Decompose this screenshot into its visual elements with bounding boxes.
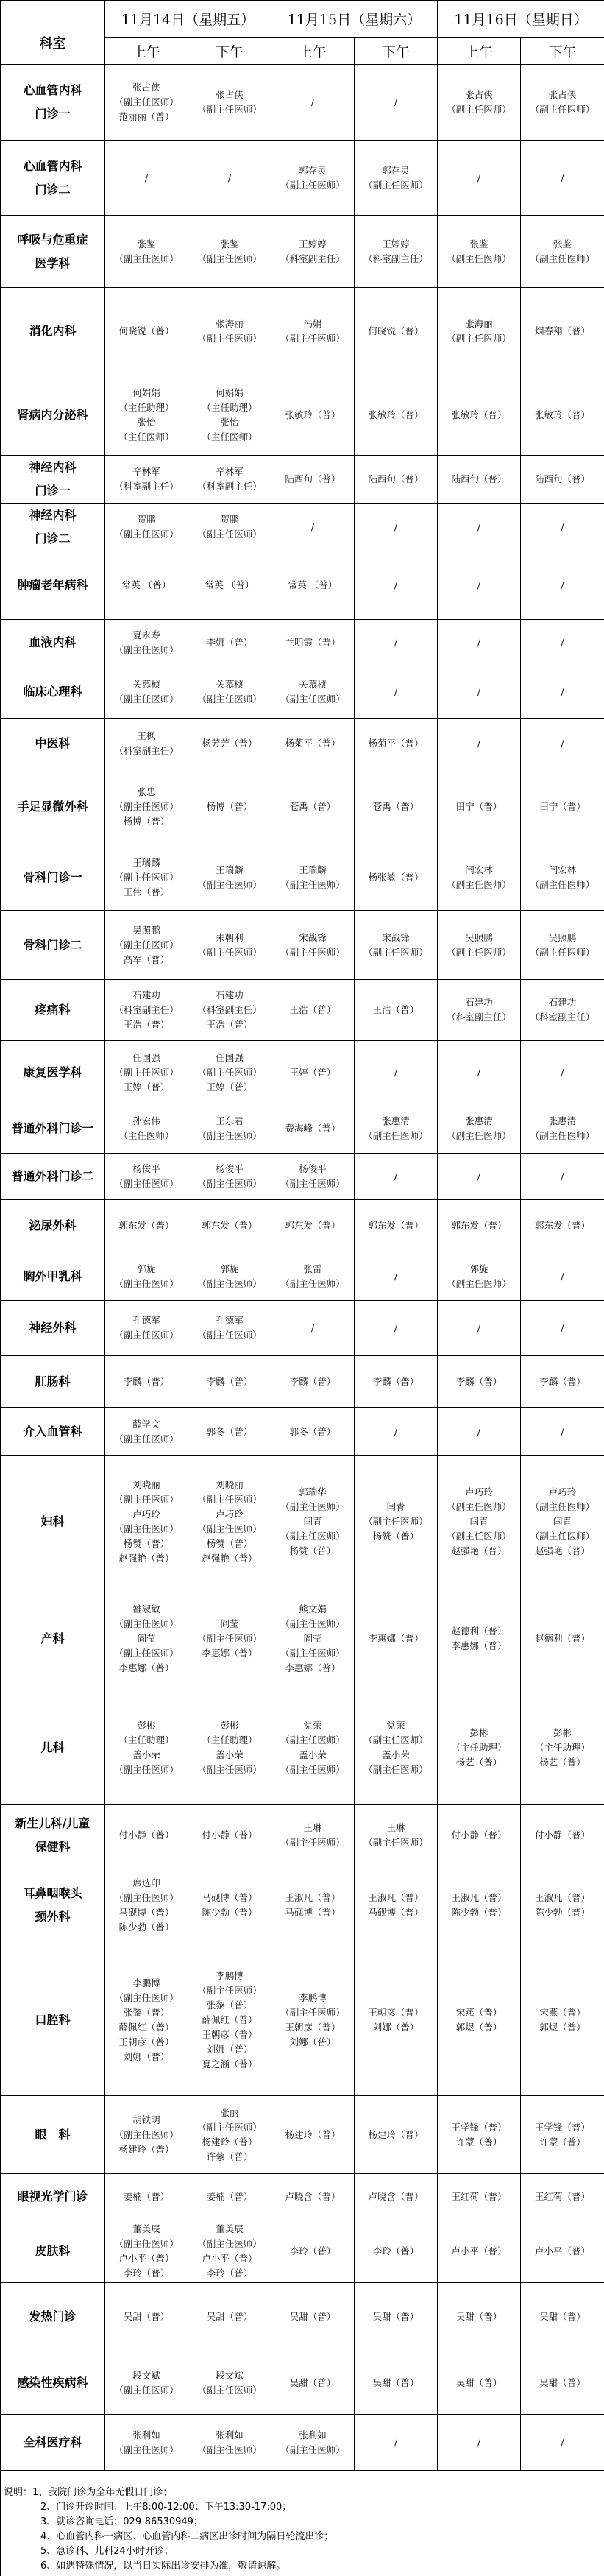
schedule-cell: 杨俊平（副主任医师） — [188, 1154, 271, 1200]
doctor-entry: （副主任医师） — [105, 1176, 188, 1191]
schedule-cell: 刘晓丽（副主任医师）卢巧玲（副主任医师）杨赞（普）赵强艳（普） — [105, 1456, 188, 1587]
doctor-entry: （副主任医师） — [271, 878, 354, 892]
doctor-entry: 赵德利（普） — [521, 1631, 604, 1646]
doctor-entry: 郭东发（普） — [521, 1218, 604, 1233]
doctor-entry: 薛学文 — [105, 1417, 188, 1432]
doctor-entry: 常英 （普） — [188, 578, 271, 593]
schedule-cell: 闫青（副主任医师）杨赞（普） — [355, 1456, 438, 1587]
schedule-cell: 党荣（副主任医师）盖小荣（副主任医师） — [271, 1690, 355, 1805]
doctor-entry: 吴甜（普） — [438, 2376, 520, 2390]
doctor-entry: （副主任医师） — [105, 1277, 188, 1291]
schedule-cell: 宋燕（普）郭煜（普） — [521, 1944, 604, 2096]
schedule-cell: 李玲（普） — [355, 2220, 438, 2283]
schedule-cell: 薛学文（副主任医师） — [105, 1408, 188, 1456]
schedule-cell: 张敏玲（普） — [355, 375, 438, 456]
schedule-cell: / — [105, 141, 188, 216]
schedule-cell: / — [438, 620, 521, 666]
doctor-entry: 吴照鹏 — [521, 931, 604, 945]
doctor-entry: （科室副主任） — [271, 252, 354, 267]
department-name: 耳鼻咽喉头颈外科 — [1, 1866, 105, 1944]
doctor-entry: （副主任医师） — [105, 1891, 188, 1905]
schedule-cell: 杨博（普） — [188, 769, 271, 844]
table-row: 儿科彭彬（主任助理）盖小荣（副主任医师）彭彬（主任助理）盖小荣（副主任医师）党荣… — [1, 1690, 604, 1805]
schedule-cell: 陆西旬（普） — [521, 456, 604, 504]
doctor-entry: 陈少勃（普） — [521, 1905, 604, 1920]
doctor-entry: / — [438, 578, 520, 593]
doctor-entry: 关慕桢 — [105, 677, 188, 692]
doctor-entry: 任国强 — [188, 1051, 271, 1065]
doctor-entry: 张敏玲（普） — [271, 408, 354, 423]
table-row: 泌尿外科郭东发（普）郭东发（普）郭东发（普）郭东发（普）郭东发（普）郭东发（普） — [1, 1200, 604, 1252]
schedule-cell: 卢小平（普） — [521, 2220, 604, 2283]
schedule-cell: 石建功（科室副主任）王浩（普） — [105, 980, 188, 1041]
doctor-entry: 王淑凡（普） — [355, 1891, 437, 1905]
schedule-cell: 宋战锋（副主任医师） — [355, 911, 438, 980]
table-row: 眼视光学门诊姜楠（普）姜楠（普）卢晓含（普）卢晓含（普）王红荷（普）王红荷（普） — [1, 2174, 604, 2220]
schedule-cell: 李麟（普） — [188, 1356, 271, 1408]
schedule-cell: 张利如（副主任医师） — [188, 2415, 271, 2471]
doctor-entry: / — [438, 1065, 520, 1080]
schedule-cell: 吴甜（普） — [271, 2351, 355, 2415]
schedule-cell: 王婷婷（科室副主任） — [355, 216, 438, 288]
schedule-cell: 付小静（普） — [188, 1805, 271, 1866]
schedule-cell: / — [271, 65, 355, 141]
doctor-entry: （副主任医师） — [188, 252, 271, 267]
doctor-entry: 吴甜（普） — [355, 2376, 437, 2390]
schedule-cell: / — [521, 2415, 604, 2471]
table-row: 介入血管科薛学文（副主任医师）郭冬（普）郭冬（普）/// — [1, 1408, 604, 1456]
department-name: 普通外科门诊二 — [1, 1154, 105, 1200]
doctor-entry: 冯娟 — [271, 317, 354, 331]
schedule-cell: 王淑凡（普）马砚博（普） — [355, 1866, 438, 1944]
schedule-cell: 张敏玲（普） — [438, 375, 521, 456]
doctor-entry: 卢巧玲 — [521, 1485, 604, 1500]
doctor-entry: 张利如 — [271, 2428, 354, 2443]
schedule-cell: 张鉴（副主任医师） — [438, 216, 521, 288]
schedule-cell: 常英 （普） — [271, 551, 355, 620]
doctor-entry: 吴甜（普） — [521, 2376, 604, 2390]
schedule-cell: / — [355, 1252, 438, 1301]
doctor-entry: 吴甜（普） — [188, 2309, 271, 2324]
doctor-entry: （副主任医师） — [105, 1991, 188, 2005]
doctor-entry: / — [438, 1321, 520, 1335]
table-row: 手足显微外科张忠（副主任医师）杨博（普）杨博（普）苍禹（普）苍禹（普）田宁（普）… — [1, 769, 604, 844]
table-row: 神经内科门诊一辛林军（科室副主任）辛林军（科室副主任）陆西旬（普）陆西旬（普）陆… — [1, 456, 604, 504]
doctor-entry: 王浩（普） — [105, 1017, 188, 1032]
schedule-cell: 郭东发（普） — [271, 1200, 355, 1252]
schedule-cell: 董美辰（副主任医师）卢小平（普）李玲（普） — [188, 2220, 271, 2283]
doctor-entry: 卢巧玲 — [438, 1485, 520, 1500]
schedule-cell: 阎莹（副主任医师）李惠娜（普） — [188, 1587, 271, 1690]
schedule-cell: 张占侠（副主任医师） — [438, 65, 521, 141]
doctor-entry: 杨赞（普） — [105, 1536, 188, 1551]
doctor-entry: 宋燕（普） — [438, 2005, 520, 2020]
department-name: 消化内科 — [1, 288, 105, 375]
schedule-table: 科室 11月14日（星期五） 11月15日（星期六） 11月16日（星期日） 上… — [0, 0, 604, 2576]
doctor-entry: 张鉴 — [521, 237, 604, 252]
table-row: 眼 科胡铁明（副主任医师）杨建玲（普）张丽（副主任医师）杨建玲（普）许蒙（普）杨… — [1, 2096, 604, 2174]
notes-section: 说明：1、我院门诊为全年无假日门诊； 2、门诊开诊时间：上午8:00-12:00… — [1, 2471, 604, 2576]
doctor-entry: （副主任医师） — [188, 945, 271, 960]
schedule-cell: 王红荷（普） — [438, 2174, 521, 2220]
schedule-cell: 王琳（副主任医师） — [271, 1805, 355, 1866]
doctor-entry: / — [521, 635, 604, 650]
doctor-entry: 张海丽 — [188, 317, 271, 331]
doctor-entry: 杨菊平（普） — [271, 736, 354, 751]
doctor-entry: （副主任医师） — [188, 1492, 271, 1507]
half-header-am: 上午 — [438, 38, 521, 65]
doctor-entry: 张鉴 — [105, 237, 188, 252]
doctor-entry: （副主任医师） — [105, 1617, 188, 1631]
schedule-cell: 王东君（副主任医师） — [188, 1104, 271, 1154]
doctor-entry: 杨博（普） — [105, 814, 188, 829]
doctor-entry: 王淑凡（普） — [521, 1891, 604, 1905]
notes-prefix: 说明： — [4, 2487, 32, 2498]
doctor-entry: （副主任医师） — [271, 1529, 354, 1544]
doctor-entry: 胡铁明 — [105, 2113, 188, 2128]
doctor-entry: 李麟（普） — [105, 1375, 188, 1389]
schedule-cell: 雒淑敏（副主任医师）阎莹（副主任医师）李惠娜（普） — [105, 1587, 188, 1690]
schedule-cell: 吴甜（普） — [355, 2351, 438, 2415]
doctor-entry: / — [271, 95, 354, 110]
doctor-entry: （主任助理） — [105, 1733, 188, 1748]
schedule-cell: / — [521, 620, 604, 666]
schedule-cell: / — [521, 551, 604, 620]
half-header-pm: 下午 — [521, 38, 604, 65]
schedule-cell: 王淑凡（普）陈少勃（普） — [521, 1866, 604, 1944]
doctor-entry: （副主任医师） — [188, 1522, 271, 1536]
doctor-entry: （副主任医师） — [105, 252, 188, 267]
doctor-entry: 雒淑敏 — [105, 1602, 188, 1617]
doctor-entry: / — [188, 171, 271, 186]
department-name: 呼吸与危重症医学科 — [1, 216, 105, 288]
schedule-cell: 吴甜（普） — [438, 2283, 521, 2351]
note-line-3: 3、就诊咨询电话：029-86530949； — [4, 2515, 604, 2530]
department-name: 胸外甲乳科 — [1, 1252, 105, 1301]
doctor-entry: 张惠清 — [438, 1114, 520, 1129]
doctor-entry: 阎莹 — [271, 1631, 354, 1646]
doctor-entry: 吴甜（普） — [271, 2309, 354, 2324]
schedule-cell: 任国强（副主任医师）王婷（普） — [188, 1041, 271, 1104]
doctor-entry: 杨建玲（普） — [188, 2135, 271, 2150]
doctor-entry: 李麟（普） — [271, 1375, 354, 1389]
doctor-entry: 孙宏伟 — [105, 1114, 188, 1129]
schedule-cell: 郭旋（副主任医师） — [188, 1252, 271, 1301]
doctor-entry: 刘娜（普） — [271, 2035, 354, 2050]
schedule-cell: 张占侠（副主任医师） — [521, 65, 604, 141]
doctor-entry: 郭东发（普） — [105, 1218, 188, 1233]
doctor-entry: （副主任医师） — [105, 2443, 188, 2457]
doctor-entry: / — [355, 95, 437, 110]
doctor-entry: / — [521, 1065, 604, 1080]
doctor-entry: 郭冬（普） — [188, 1425, 271, 1439]
doctor-entry: 王朝彦（普） — [188, 2028, 271, 2042]
table-row: 临床心理科关慕桢（副主任医师）关慕桢（副主任医师）关慕桢（副主任医师）/// — [1, 666, 604, 719]
doctor-entry: （科室副主任） — [105, 479, 188, 494]
doctor-entry: 杨芳芳（普） — [188, 736, 271, 751]
doctor-entry: 李惠娜（普） — [188, 1646, 271, 1661]
doctor-entry: 陆西旬（普） — [438, 472, 520, 487]
doctor-entry: 阎莹 — [105, 1631, 188, 1646]
schedule-cell: 李麟（普） — [521, 1356, 604, 1408]
schedule-cell: 杨芳芳（普） — [188, 719, 271, 769]
doctor-entry: （副主任医师） — [355, 1129, 437, 1143]
department-name: 康复医学科 — [1, 1041, 105, 1104]
table-row: 皮肤科董美辰（副主任医师）卢小平（普）李玲（普）董美辰（副主任医师）卢小平（普）… — [1, 2220, 604, 2283]
note-line-1: 说明：1、我院门诊为全年无假日门诊； — [4, 2485, 604, 2500]
schedule-cell: 郭东发（普） — [105, 1200, 188, 1252]
doctor-entry: 李鹏博 — [105, 1976, 188, 1991]
doctor-entry: 王琳 — [271, 1821, 354, 1835]
department-name: 疼痛科 — [1, 980, 105, 1041]
schedule-cell: 李鹏博（副主任医师）张黎（普）薛佩红（普）王朝彦（普）刘娜（普） — [105, 1944, 188, 2096]
doctor-entry: （主任医师） — [105, 430, 188, 445]
doctor-entry: （副主任医师） — [188, 1762, 271, 1777]
table-row: 感染性疾病科段文斌（副主任医师）段文斌（副主任医师）吴甜（普）吴甜（普）吴甜（普… — [1, 2351, 604, 2415]
department-name: 血液内科 — [1, 620, 105, 666]
doctor-entry: （副主任医师） — [271, 2443, 354, 2457]
doctor-entry: 阎莹 — [188, 1617, 271, 1631]
table-row: 妇科刘晓丽（副主任医师）卢巧玲（副主任医师）杨赞（普）赵强艳（普）刘晓丽（副主任… — [1, 1456, 604, 1587]
doctor-entry: （副主任医师） — [271, 178, 354, 193]
doctor-entry: 王枫 — [105, 729, 188, 744]
doctor-entry: 王淑凡（普） — [271, 1891, 354, 1905]
department-name: 全科医疗科 — [1, 2415, 105, 2471]
doctor-entry: （科室副主任） — [105, 744, 188, 758]
schedule-cell: 席选印（副主任医师）马砚博（普）陈少勃（普） — [105, 1866, 188, 1944]
doctor-entry: 刘娜（普） — [105, 2050, 188, 2064]
schedule-cell: 贺鹏（副主任医师） — [105, 504, 188, 551]
doctor-entry: 石建功 — [521, 995, 604, 1010]
doctor-entry: 贺鹏 — [188, 512, 271, 527]
doctor-entry: （副主任医师） — [438, 1529, 520, 1544]
doctor-entry: 王浩（普） — [188, 1017, 271, 1032]
schedule-cell: / — [438, 551, 521, 620]
doctor-entry: 王学锋（普） — [521, 2120, 604, 2135]
schedule-cell: 卢巧玲（副主任医师）闫青（副主任医师）赵强艳（普） — [438, 1456, 521, 1587]
doctor-entry: 任国强 — [105, 1051, 188, 1065]
schedule-cell: 李麟（普） — [271, 1356, 355, 1408]
doctor-entry: 盖小荣 — [271, 1748, 354, 1762]
schedule-cell: 张占侠（副主任医师）范丽丽（普） — [105, 65, 188, 141]
doctor-entry: （副主任医师） — [188, 878, 271, 892]
doctor-entry: （副主任医师） — [105, 643, 188, 657]
schedule-cell: 付小静（普） — [521, 1805, 604, 1866]
table-row: 新生儿科/儿童保健科付小静（普）付小静（普）王琳（副主任医师）王琳（副主任医师）… — [1, 1805, 604, 1866]
doctor-entry: （主任助理） — [188, 400, 271, 415]
doctor-entry: （副主任医师） — [188, 527, 271, 542]
doctor-entry: （副主任医师） — [188, 1129, 271, 1143]
doctor-entry: 费海峰（普） — [271, 1121, 354, 1136]
doctor-entry: 孔德军 — [188, 1313, 271, 1328]
doctor-entry: 王婷（普） — [271, 1065, 354, 1080]
table-row: 骨科门诊二吴照鹏（副主任医师）高军（普）朱朝利（副主任医师）宋战锋（副主任医师）… — [1, 911, 604, 980]
doctor-entry: 李娜（普） — [188, 635, 271, 650]
department-name: 眼视光学门诊 — [1, 2174, 105, 2220]
doctor-entry: 许蒙（普） — [521, 2135, 604, 2150]
schedule-cell: 王瑞麟（副主任医师）王伟（普） — [105, 844, 188, 911]
department-name: 神经内科门诊一 — [1, 456, 105, 504]
doctor-entry: （副主任医师） — [355, 178, 437, 193]
doctor-entry: 李鹏博 — [188, 1969, 271, 1983]
doctor-entry: / — [355, 635, 437, 650]
doctor-entry: 张海丽 — [438, 317, 520, 331]
doctor-entry: 彭彬 — [188, 1718, 271, 1733]
doctor-entry: （副主任医师） — [105, 1328, 188, 1343]
date-header-2: 11月15日（星期六） — [271, 1, 438, 38]
doctor-entry: 王朝彦（普） — [355, 2005, 437, 2020]
doctor-entry: 薛佩红（普） — [105, 2020, 188, 2035]
doctor-entry: 闫青 — [438, 1514, 520, 1529]
doctor-entry: / — [438, 171, 520, 186]
doctor-entry: （副主任医师） — [438, 1500, 520, 1514]
schedule-cell: 郭东发（普） — [521, 1200, 604, 1252]
schedule-cell: / — [438, 141, 521, 216]
doctor-entry: （主任助理） — [521, 1740, 604, 1755]
schedule-cell: 宋燕（普）郭煜（普） — [438, 1944, 521, 2096]
doctor-entry: 何娟娟 — [188, 386, 271, 400]
schedule-cell: 张海丽（副主任医师） — [438, 288, 521, 375]
doctor-entry: 王红荷（普） — [438, 2189, 520, 2204]
doctor-entry: 杨俊平 — [188, 1162, 271, 1176]
doctor-entry: 苍禹（普） — [355, 800, 437, 814]
doctor-entry: 许蒙（普） — [188, 2150, 271, 2164]
schedule-cell: / — [271, 1301, 355, 1356]
schedule-cell: / — [521, 1301, 604, 1356]
doctor-entry: （副主任医师） — [105, 800, 188, 814]
schedule-cell: / — [438, 1301, 521, 1356]
doctor-entry: 吴甜（普） — [355, 2309, 437, 2324]
schedule-cell: 闫宏林（副主任医师） — [521, 844, 604, 911]
half-header-pm: 下午 — [355, 38, 438, 65]
schedule-cell: 冯娟（副主任医师） — [271, 288, 355, 375]
doctor-entry: 郭冬（普） — [271, 1425, 354, 1439]
doctor-entry: 赵强艳（普） — [438, 1544, 520, 1559]
department-name: 普通外科门诊一 — [1, 1104, 105, 1154]
doctor-entry: 范丽丽（普） — [105, 110, 188, 124]
doctor-entry: 郭东发（普） — [355, 1218, 437, 1233]
schedule-cell: 张敏玲（普） — [521, 375, 604, 456]
doctor-entry: 段文斌 — [188, 2368, 271, 2383]
schedule-cell: 张敏玲（普） — [271, 375, 355, 456]
schedule-cell: 张占侠（副主任医师） — [188, 65, 271, 141]
doctor-entry: 闫青 — [355, 1500, 437, 1514]
doctor-entry: 赵德利（普） — [438, 1624, 520, 1639]
doctor-entry: （副主任医师） — [271, 331, 354, 346]
schedule-cell: 郭东发（普） — [188, 1200, 271, 1252]
schedule-cell: 吴甜（普） — [105, 2283, 188, 2351]
schedule-cell: 杨俊平（副主任医师） — [271, 1154, 355, 1200]
doctor-entry: / — [521, 736, 604, 751]
doctor-entry: 付小静（普） — [188, 1828, 271, 1843]
doctor-entry: （副主任医师） — [438, 1129, 520, 1143]
doctor-entry: （副主任医师） — [271, 1835, 354, 1850]
doctor-entry: （主任助理） — [188, 1733, 271, 1748]
doctor-entry: 马砚博（普） — [271, 1905, 354, 1920]
doctor-entry: / — [521, 520, 604, 534]
doctor-entry: （科室副主任） — [521, 1010, 604, 1025]
schedule-cell: 田宁（普） — [521, 769, 604, 844]
schedule-cell: 关慕桢（副主任医师） — [271, 666, 355, 719]
schedule-cell: / — [521, 1408, 604, 1456]
doctor-entry: 闫青 — [271, 1514, 354, 1529]
table-row: 心血管内科门诊一张占侠（副主任医师）范丽丽（普）张占侠（副主任医师）//张占侠（… — [1, 65, 604, 141]
doctor-entry: （科室副主任） — [188, 479, 271, 494]
doctor-entry: / — [438, 1169, 520, 1184]
table-row: 肛肠科李麟（普）李麟（普）李麟（普）李麟（普）李麟（普）李麟（普） — [1, 1356, 604, 1408]
schedule-cell: 常英 （普） — [105, 551, 188, 620]
schedule-cell: / — [438, 1408, 521, 1456]
table-row: 消化内科何晓锐（普）张海丽（副主任医师）冯娟（副主任医师）何晓锐（普）张海丽（副… — [1, 288, 604, 375]
schedule-cell: 付小静（普） — [105, 1805, 188, 1866]
schedule-cell: 郭存灵（副主任医师） — [355, 141, 438, 216]
doctor-entry: / — [355, 1169, 437, 1184]
doctor-entry: 李玲（普） — [271, 2244, 354, 2259]
doctor-entry: （主任助理） — [438, 1740, 520, 1755]
doctor-entry: 赵强艳（普） — [521, 1544, 604, 1559]
department-name: 心血管内科门诊一 — [1, 65, 105, 141]
doctor-entry: 杨博（普） — [188, 800, 271, 814]
department-name: 神经外科 — [1, 1301, 105, 1356]
table-row: 神经外科孔德军（副主任医师）孔德军（副主任医师）//// — [1, 1301, 604, 1356]
half-header-am: 上午 — [271, 38, 355, 65]
doctor-entry: 张丽 — [188, 2106, 271, 2120]
schedule-cell: 张丽（副主任医师）杨建玲（普）许蒙（普） — [188, 2096, 271, 2174]
schedule-cell: 卢晓含（普） — [271, 2174, 355, 2220]
table-row: 心血管内科门诊二//郭存灵（副主任医师）郭存灵（副主任医师）// — [1, 141, 604, 216]
doctor-entry: 吴甜（普） — [521, 2309, 604, 2324]
schedule-cell: 杨菊平（普） — [355, 719, 438, 769]
doctor-entry: 王婷婷 — [271, 237, 354, 252]
schedule-cell: 朱朝利（副主任医师） — [188, 911, 271, 980]
schedule-cell: 王枫（科室副主任） — [105, 719, 188, 769]
doctor-entry: / — [521, 578, 604, 593]
department-name: 感染性疾病科 — [1, 2351, 105, 2415]
doctor-entry: 吴照鹏 — [438, 931, 520, 945]
table-row: 骨科门诊一王瑞麟（副主任医师）王伟（普）王瑞麟（副主任医师）王瑞麟（副主任医师）… — [1, 844, 604, 911]
doctor-entry: 王朝彦（普） — [271, 2020, 354, 2035]
doctor-entry: （副主任医师） — [105, 870, 188, 885]
doctor-entry: 吴甜（普） — [271, 2376, 354, 2390]
doctor-entry: / — [521, 1425, 604, 1439]
doctor-entry: （副主任医师） — [521, 102, 604, 117]
doctor-entry: （副主任医师） — [188, 1176, 271, 1191]
schedule-cell: / — [438, 1041, 521, 1104]
doctor-entry: 宋燕（普） — [521, 2005, 604, 2020]
schedule-cell: 马砚博（普）陈少勃（普） — [188, 1866, 271, 1944]
schedule-cell: 张惠清（副主任医师） — [521, 1104, 604, 1154]
schedule-cell: 杨建玲（普） — [355, 2096, 438, 2174]
schedule-cell: / — [521, 1252, 604, 1301]
schedule-cell: 王瑞麟（副主任医师） — [271, 844, 355, 911]
schedule-cell: 胡铁明（副主任医师）杨建玲（普） — [105, 2096, 188, 2174]
doctor-entry: （副主任医师） — [105, 2237, 188, 2251]
department-name: 儿科 — [1, 1690, 105, 1805]
doctor-entry: （副主任医师） — [271, 1646, 354, 1661]
doctor-entry: （副主任医师） — [438, 878, 520, 892]
schedule-cell: 李惠娜（普） — [355, 1587, 438, 1690]
doctor-entry: （副主任医师） — [105, 1522, 188, 1536]
schedule-cell: 姜楠（普） — [188, 2174, 271, 2220]
schedule-cell: / — [438, 719, 521, 769]
schedule-cell: 郭东发（普） — [438, 1200, 521, 1252]
schedule-cell: 何娟娟（主任助理）张怡（主任医师） — [188, 375, 271, 456]
schedule-cell: 陆西旬（普） — [355, 456, 438, 504]
schedule-cell: 贺鹏（副主任医师） — [188, 504, 271, 551]
doctor-entry: 张忠 — [105, 785, 188, 800]
doctor-entry: 刘晓丽 — [188, 1478, 271, 1492]
doctor-entry: （副主任医师） — [105, 938, 188, 953]
